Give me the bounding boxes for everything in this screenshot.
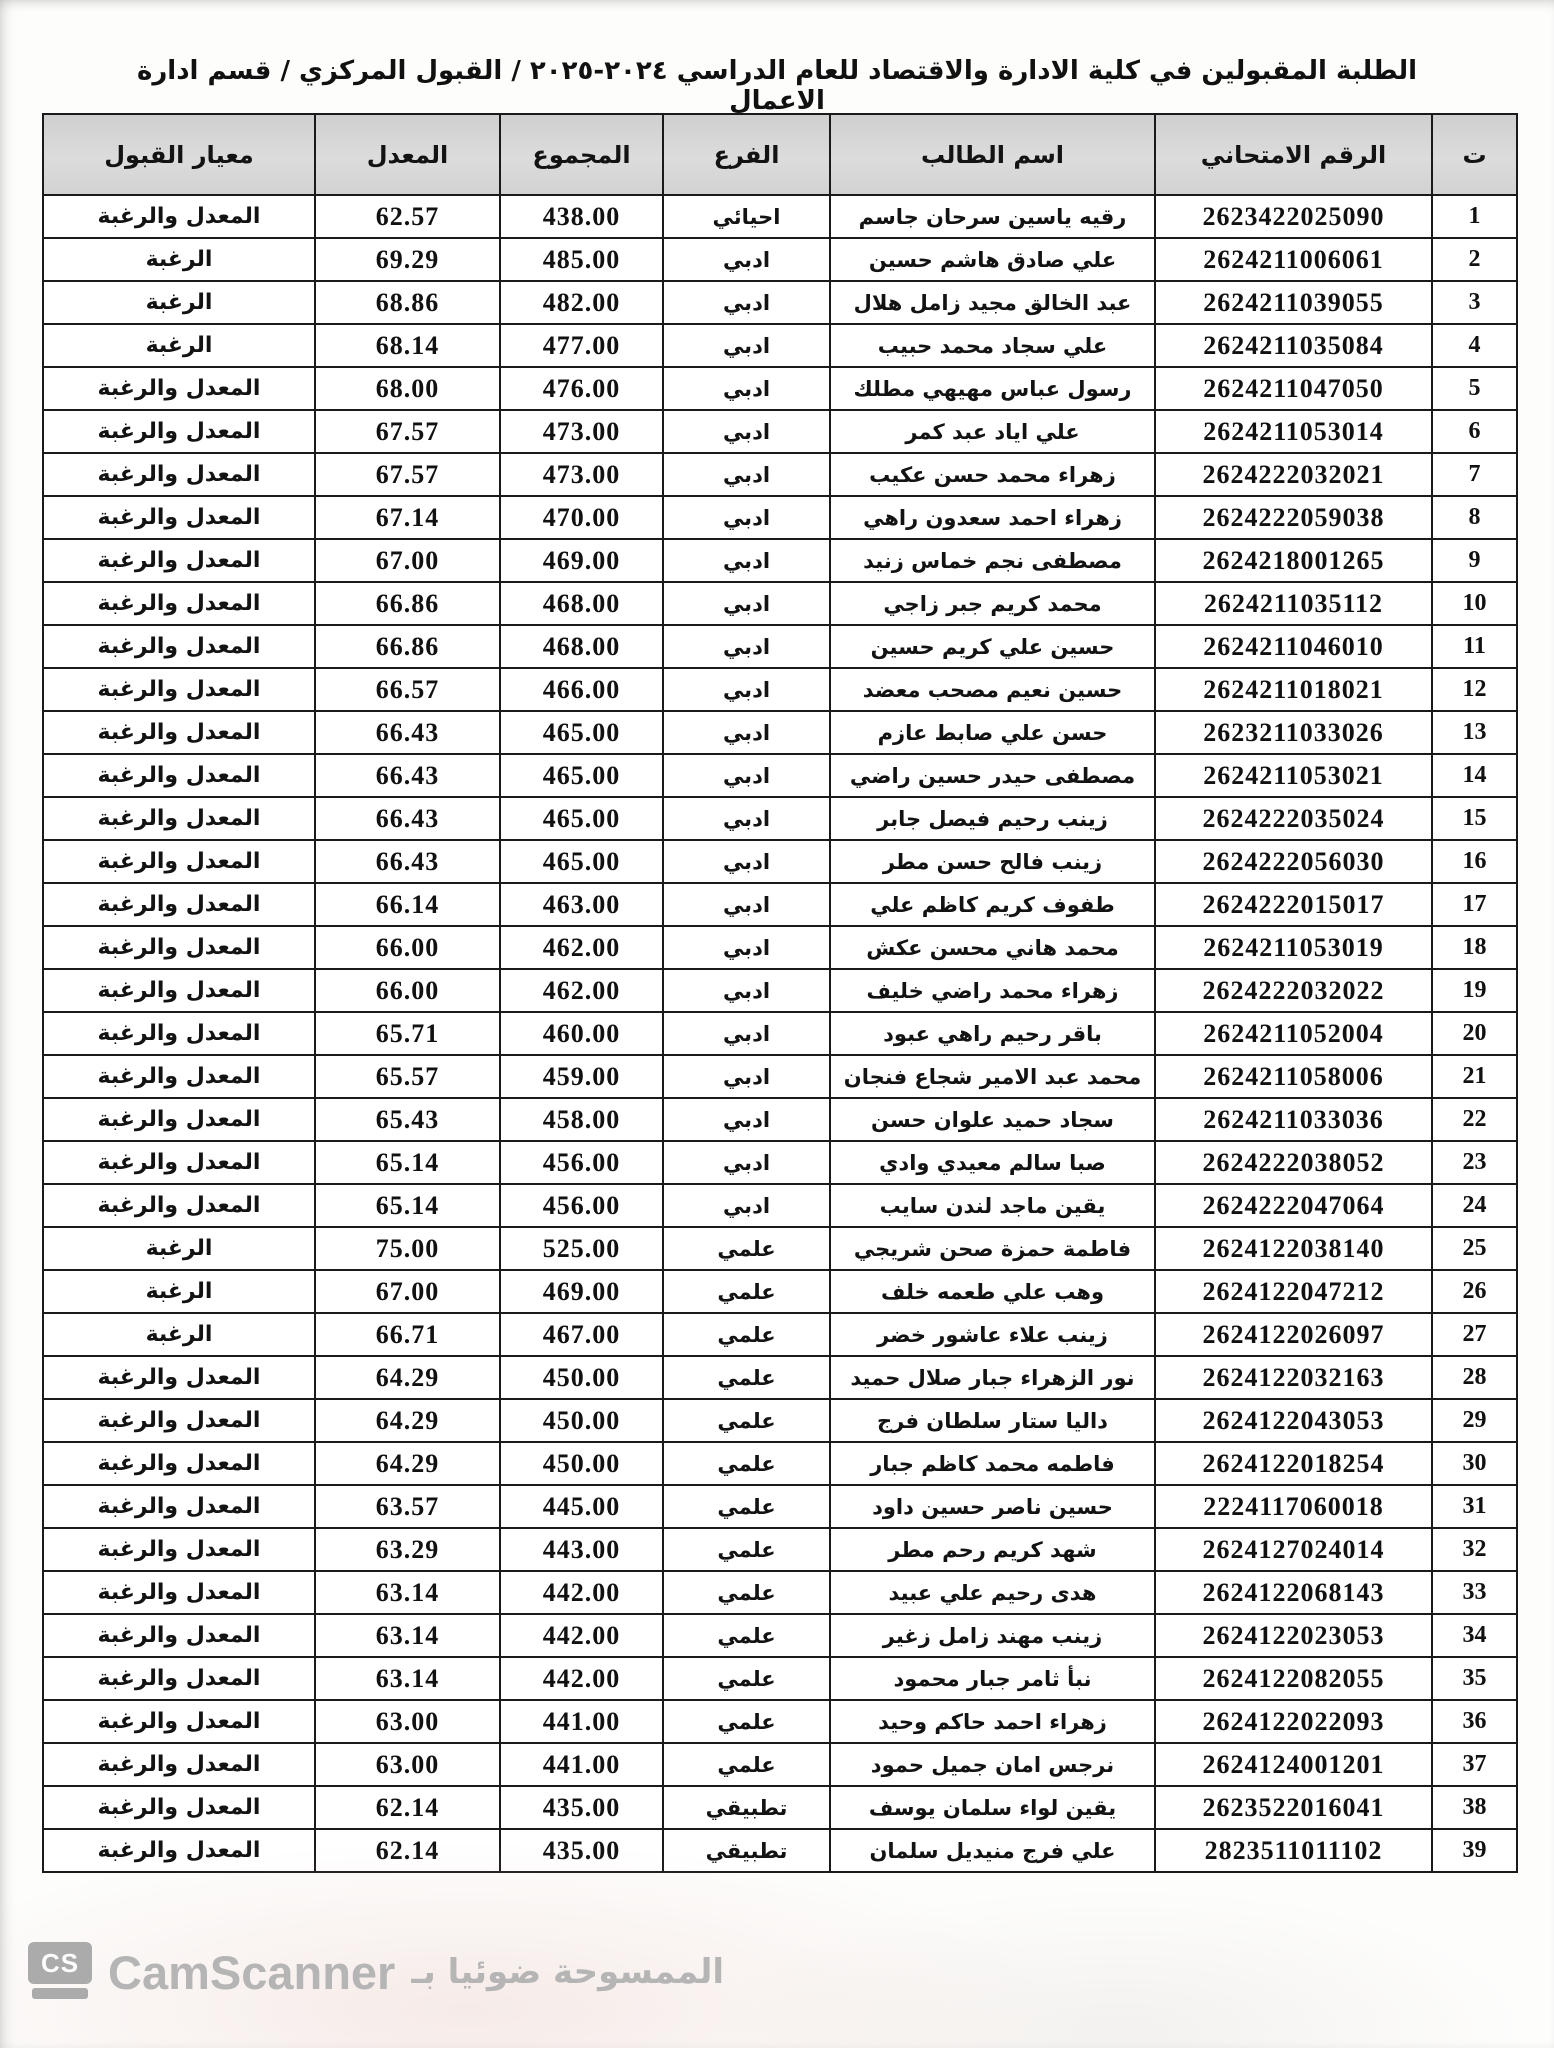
- cell-average: 64.29: [315, 1442, 500, 1485]
- cell-average: 68.86: [315, 281, 500, 324]
- cell-criterion: الرغبة: [43, 1227, 315, 1270]
- cell-average: 63.29: [315, 1528, 500, 1571]
- cell-total: 473.00: [500, 410, 663, 453]
- column-header-exam-no: الرقم الامتحاني: [1155, 114, 1432, 195]
- cell-criterion: المعدل والرغبة: [43, 797, 315, 840]
- cell-total: 465.00: [500, 840, 663, 883]
- table-row: 222624211033036سجاد حميد علوان حسنادبي45…: [43, 1098, 1517, 1141]
- cell-index: 5: [1432, 367, 1517, 410]
- table-row: 82624222059038زهراء احمد سعدون راهيادبي4…: [43, 496, 1517, 539]
- cell-exam-no: 2624222059038: [1155, 496, 1432, 539]
- cell-criterion: المعدل والرغبة: [43, 668, 315, 711]
- cell-average: 65.14: [315, 1141, 500, 1184]
- cell-name: زهراء محمد حسن عكيب: [830, 453, 1155, 496]
- cell-index: 38: [1432, 1786, 1517, 1829]
- cell-criterion: المعدل والرغبة: [43, 1356, 315, 1399]
- cell-total: 435.00: [500, 1829, 663, 1872]
- cell-exam-no: 2624122023053: [1155, 1614, 1432, 1657]
- cell-branch: علمي: [663, 1614, 830, 1657]
- cell-name: مصطفى حيدر حسين راضي: [830, 754, 1155, 797]
- cell-criterion: المعدل والرغبة: [43, 367, 315, 410]
- table-row: 132623211033026حسن علي صابط عازمادبي465.…: [43, 711, 1517, 754]
- cell-average: 63.00: [315, 1743, 500, 1786]
- cell-total: 445.00: [500, 1485, 663, 1528]
- cell-criterion: المعدل والرغبة: [43, 1571, 315, 1614]
- cell-branch: علمي: [663, 1485, 830, 1528]
- cell-name: حسن علي صابط عازم: [830, 711, 1155, 754]
- cell-average: 66.00: [315, 969, 500, 1012]
- cell-exam-no: 2624122026097: [1155, 1313, 1432, 1356]
- cell-branch: ادبي: [663, 1055, 830, 1098]
- cell-name: سجاد حميد علوان حسن: [830, 1098, 1155, 1141]
- cell-index: 3: [1432, 281, 1517, 324]
- cell-index: 9: [1432, 539, 1517, 582]
- cell-index: 8: [1432, 496, 1517, 539]
- cell-average: 66.57: [315, 668, 500, 711]
- table-row: 252624122038140فاطمة حمزة صحن شريجيعلمي5…: [43, 1227, 1517, 1270]
- table-row: 282624122032163نور الزهراء جبار صلال حمي…: [43, 1356, 1517, 1399]
- cell-average: 66.43: [315, 797, 500, 840]
- table-row: 302624122018254فاطمه محمد كاظم جبارعلمي4…: [43, 1442, 1517, 1485]
- cell-branch: علمي: [663, 1700, 830, 1743]
- cell-criterion: الرغبة: [43, 324, 315, 367]
- table-row: 352624122082055نبأ ثامر جبار محمودعلمي44…: [43, 1657, 1517, 1700]
- cell-name: نبأ ثامر جبار محمود: [830, 1657, 1155, 1700]
- cell-criterion: المعدل والرغبة: [43, 195, 315, 238]
- cell-branch: علمي: [663, 1528, 830, 1571]
- table-row: 372624124001201نرجس امان جميل حمودعلمي44…: [43, 1743, 1517, 1786]
- cell-total: 482.00: [500, 281, 663, 324]
- cell-index: 25: [1432, 1227, 1517, 1270]
- cell-criterion: الرغبة: [43, 281, 315, 324]
- cell-branch: تطبيقي: [663, 1786, 830, 1829]
- cell-criterion: المعدل والرغبة: [43, 1141, 315, 1184]
- cell-exam-no: 2624222047064: [1155, 1184, 1432, 1227]
- table-row: 22624211006061علي صادق هاشم حسينادبي485.…: [43, 238, 1517, 281]
- table-row: 212624211058006محمد عبد الامير شجاع فنجا…: [43, 1055, 1517, 1098]
- table-row: 142624211053021مصطفى حيدر حسين راضيادبي4…: [43, 754, 1517, 797]
- cell-average: 65.43: [315, 1098, 500, 1141]
- cell-exam-no: 2224117060018: [1155, 1485, 1432, 1528]
- page-title: الطلبة المقبولين في كلية الادارة والاقتص…: [90, 56, 1464, 116]
- cell-exam-no: 2624211058006: [1155, 1055, 1432, 1098]
- cell-total: 467.00: [500, 1313, 663, 1356]
- cell-average: 62.57: [315, 195, 500, 238]
- cell-index: 24: [1432, 1184, 1517, 1227]
- cell-total: 469.00: [500, 539, 663, 582]
- cell-average: 68.00: [315, 367, 500, 410]
- cell-exam-no: 2624122032163: [1155, 1356, 1432, 1399]
- table-row: 322624127024014شهد كريم رحم مطرعلمي443.0…: [43, 1528, 1517, 1571]
- cell-criterion: المعدل والرغبة: [43, 539, 315, 582]
- cell-total: 525.00: [500, 1227, 663, 1270]
- cell-branch: ادبي: [663, 1141, 830, 1184]
- cell-index: 33: [1432, 1571, 1517, 1614]
- cell-name: يقين ماجد لندن سايب: [830, 1184, 1155, 1227]
- cell-index: 6: [1432, 410, 1517, 453]
- table-row: 242624222047064يقين ماجد لندن سايبادبي45…: [43, 1184, 1517, 1227]
- cell-exam-no: 2624127024014: [1155, 1528, 1432, 1571]
- cell-index: 37: [1432, 1743, 1517, 1786]
- cell-average: 66.86: [315, 582, 500, 625]
- table-row: 362624122022093زهراء احمد حاكم وحيدعلمي4…: [43, 1700, 1517, 1743]
- cell-exam-no: 2624218001265: [1155, 539, 1432, 582]
- cell-exam-no: 2624211052004: [1155, 1012, 1432, 1055]
- cell-name: فاطمه محمد كاظم جبار: [830, 1442, 1155, 1485]
- cell-name: علي صادق هاشم حسين: [830, 238, 1155, 281]
- cell-criterion: المعدل والرغبة: [43, 410, 315, 453]
- cell-total: 462.00: [500, 969, 663, 1012]
- camscanner-brand-text: CamScanner: [108, 1945, 395, 2000]
- cell-branch: علمي: [663, 1571, 830, 1614]
- cell-branch: ادبي: [663, 496, 830, 539]
- cell-index: 23: [1432, 1141, 1517, 1184]
- cell-branch: ادبي: [663, 1098, 830, 1141]
- cell-branch: ادبي: [663, 582, 830, 625]
- cell-name: علي اياد عبد كمر: [830, 410, 1155, 453]
- cell-branch: علمي: [663, 1442, 830, 1485]
- cell-name: هدى رحيم علي عبيد: [830, 1571, 1155, 1614]
- cell-average: 66.43: [315, 711, 500, 754]
- cell-criterion: المعدل والرغبة: [43, 1786, 315, 1829]
- cell-average: 66.00: [315, 926, 500, 969]
- cell-total: 477.00: [500, 324, 663, 367]
- cell-exam-no: 2624222032021: [1155, 453, 1432, 496]
- cell-total: 468.00: [500, 625, 663, 668]
- cell-exam-no: 2623422025090: [1155, 195, 1432, 238]
- column-header-branch: الفرع: [663, 114, 830, 195]
- table-row: 342624122023053زينب مهند زامل زغيرعلمي44…: [43, 1614, 1517, 1657]
- cell-exam-no: 2624122038140: [1155, 1227, 1432, 1270]
- cell-total: 456.00: [500, 1141, 663, 1184]
- cell-exam-no: 2624122082055: [1155, 1657, 1432, 1700]
- table-row: 292624122043053داليا ستار سلطان فرجعلمي4…: [43, 1399, 1517, 1442]
- cell-branch: علمي: [663, 1313, 830, 1356]
- cell-total: 476.00: [500, 367, 663, 410]
- cell-average: 64.29: [315, 1356, 500, 1399]
- cell-average: 64.29: [315, 1399, 500, 1442]
- cell-index: 28: [1432, 1356, 1517, 1399]
- table-row: 62624211053014علي اياد عبد كمرادبي473.00…: [43, 410, 1517, 453]
- cell-criterion: المعدل والرغبة: [43, 582, 315, 625]
- cell-name: محمد هاني محسن عكش: [830, 926, 1155, 969]
- cell-average: 66.43: [315, 754, 500, 797]
- cell-branch: علمي: [663, 1270, 830, 1313]
- cell-branch: ادبي: [663, 1012, 830, 1055]
- cell-branch: ادبي: [663, 883, 830, 926]
- cell-exam-no: 2624211053019: [1155, 926, 1432, 969]
- cell-index: 31: [1432, 1485, 1517, 1528]
- cell-branch: ادبي: [663, 410, 830, 453]
- cell-name: نرجس امان جميل حمود: [830, 1743, 1155, 1786]
- cell-criterion: المعدل والرغبة: [43, 1700, 315, 1743]
- column-header-name: اسم الطالب: [830, 114, 1155, 195]
- cell-average: 63.14: [315, 1571, 500, 1614]
- cell-branch: علمي: [663, 1657, 830, 1700]
- cell-average: 63.00: [315, 1700, 500, 1743]
- cell-average: 65.57: [315, 1055, 500, 1098]
- cell-index: 29: [1432, 1399, 1517, 1442]
- cell-exam-no: 2624122047212: [1155, 1270, 1432, 1313]
- cell-average: 68.14: [315, 324, 500, 367]
- cell-exam-no: 2624211039055: [1155, 281, 1432, 324]
- column-header-criterion: معيار القبول: [43, 114, 315, 195]
- cell-index: 2: [1432, 238, 1517, 281]
- cell-name: زهراء محمد راضي خليف: [830, 969, 1155, 1012]
- cell-exam-no: 2623211033026: [1155, 711, 1432, 754]
- cell-average: 65.14: [315, 1184, 500, 1227]
- cell-average: 66.43: [315, 840, 500, 883]
- cell-exam-no: 2624211046010: [1155, 625, 1432, 668]
- cell-branch: ادبي: [663, 840, 830, 883]
- cell-index: 15: [1432, 797, 1517, 840]
- cell-branch: ادبي: [663, 797, 830, 840]
- cell-index: 13: [1432, 711, 1517, 754]
- cell-criterion: المعدل والرغبة: [43, 1442, 315, 1485]
- cell-index: 17: [1432, 883, 1517, 926]
- cell-criterion: المعدل والرغبة: [43, 1829, 315, 1872]
- table-row: 262624122047212وهب علي طعمه خلفعلمي469.0…: [43, 1270, 1517, 1313]
- cell-criterion: المعدل والرغبة: [43, 1614, 315, 1657]
- cell-index: 34: [1432, 1614, 1517, 1657]
- cell-index: 39: [1432, 1829, 1517, 1872]
- cell-criterion: الرغبة: [43, 238, 315, 281]
- cell-total: 465.00: [500, 711, 663, 754]
- cell-criterion: المعدل والرغبة: [43, 1399, 315, 1442]
- cell-name: عبد الخالق مجيد زامل هلال: [830, 281, 1155, 324]
- cell-name: يقين لواء سلمان يوسف: [830, 1786, 1155, 1829]
- cell-total: 450.00: [500, 1442, 663, 1485]
- cell-name: شهد كريم رحم مطر: [830, 1528, 1155, 1571]
- cell-total: 442.00: [500, 1571, 663, 1614]
- cell-branch: ادبي: [663, 453, 830, 496]
- cell-exam-no: 2624211006061: [1155, 238, 1432, 281]
- cell-total: 450.00: [500, 1399, 663, 1442]
- column-header-index: ت: [1432, 114, 1517, 195]
- cell-average: 67.00: [315, 1270, 500, 1313]
- cell-criterion: المعدل والرغبة: [43, 969, 315, 1012]
- cell-index: 26: [1432, 1270, 1517, 1313]
- cell-average: 67.57: [315, 453, 500, 496]
- cell-exam-no: 2624222032022: [1155, 969, 1432, 1012]
- camscanner-logo-cs-text: CS: [28, 1942, 92, 1984]
- cell-index: 21: [1432, 1055, 1517, 1098]
- cell-name: وهب علي طعمه خلف: [830, 1270, 1155, 1313]
- cell-name: باقر رحيم راهي عبود: [830, 1012, 1155, 1055]
- cell-total: 462.00: [500, 926, 663, 969]
- cell-criterion: المعدل والرغبة: [43, 1485, 315, 1528]
- cell-branch: ادبي: [663, 1184, 830, 1227]
- table-row: 92624218001265مصطفى نجم خماس زنيدادبي469…: [43, 539, 1517, 582]
- cell-exam-no: 2624222035024: [1155, 797, 1432, 840]
- cell-index: 1: [1432, 195, 1517, 238]
- cell-branch: علمي: [663, 1356, 830, 1399]
- cell-index: 14: [1432, 754, 1517, 797]
- cell-exam-no: 2624122022093: [1155, 1700, 1432, 1743]
- cell-exam-no: 2624122043053: [1155, 1399, 1432, 1442]
- cell-name: زهراء احمد سعدون راهي: [830, 496, 1155, 539]
- cell-criterion: الرغبة: [43, 1270, 315, 1313]
- cell-index: 18: [1432, 926, 1517, 969]
- table-row: 112624211046010حسين علي كريم حسينادبي468…: [43, 625, 1517, 668]
- cell-exam-no: 2624222038052: [1155, 1141, 1432, 1184]
- cell-branch: ادبي: [663, 625, 830, 668]
- cell-total: 442.00: [500, 1657, 663, 1700]
- accepted-students-table: ت الرقم الامتحاني اسم الطالب الفرع المجم…: [42, 113, 1518, 1873]
- cell-branch: ادبي: [663, 367, 830, 410]
- cell-criterion: المعدل والرغبة: [43, 711, 315, 754]
- cell-average: 62.14: [315, 1829, 500, 1872]
- cell-exam-no: 2623522016041: [1155, 1786, 1432, 1829]
- cell-criterion: المعدل والرغبة: [43, 1012, 315, 1055]
- cell-average: 69.29: [315, 238, 500, 281]
- cell-index: 10: [1432, 582, 1517, 625]
- cell-exam-no: 2624122018254: [1155, 1442, 1432, 1485]
- cell-criterion: المعدل والرغبة: [43, 1098, 315, 1141]
- cell-branch: علمي: [663, 1743, 830, 1786]
- cell-name: زينب علاء عاشور خضر: [830, 1313, 1155, 1356]
- cell-average: 67.00: [315, 539, 500, 582]
- cell-branch: احيائي: [663, 195, 830, 238]
- table-row: 332624122068143هدى رحيم علي عبيدعلمي442.…: [43, 1571, 1517, 1614]
- cell-name: حسين علي كريم حسين: [830, 625, 1155, 668]
- cell-total: 441.00: [500, 1743, 663, 1786]
- table-row: 232624222038052صبا سالم معيدي واديادبي45…: [43, 1141, 1517, 1184]
- cell-name: طفوف كريم كاظم علي: [830, 883, 1155, 926]
- cell-total: 456.00: [500, 1184, 663, 1227]
- table-row: 52624211047050رسول عباس مهيهي مطلكادبي47…: [43, 367, 1517, 410]
- cell-total: 442.00: [500, 1614, 663, 1657]
- table-row: 162624222056030زينب فالح حسن مطرادبي465.…: [43, 840, 1517, 883]
- table-row: 152624222035024زينب رحيم فيصل جابرادبي46…: [43, 797, 1517, 840]
- table-row: 272624122026097زينب علاء عاشور خضرعلمي46…: [43, 1313, 1517, 1356]
- cell-criterion: المعدل والرغبة: [43, 1184, 315, 1227]
- column-header-average: المعدل: [315, 114, 500, 195]
- table-row: 382623522016041يقين لواء سلمان يوسفتطبيق…: [43, 1786, 1517, 1829]
- table-row: 202624211052004باقر رحيم راهي عبودادبي46…: [43, 1012, 1517, 1055]
- table-row: 182624211053019محمد هاني محسن عكشادبي462…: [43, 926, 1517, 969]
- cell-total: 460.00: [500, 1012, 663, 1055]
- cell-exam-no: 2624122068143: [1155, 1571, 1432, 1614]
- camscanner-logo-icon: CS: [28, 1942, 92, 2002]
- cell-index: 22: [1432, 1098, 1517, 1141]
- cell-exam-no: 2624222015017: [1155, 883, 1432, 926]
- cell-name: نور الزهراء جبار صلال حميد: [830, 1356, 1155, 1399]
- cell-total: 450.00: [500, 1356, 663, 1399]
- cell-total: 468.00: [500, 582, 663, 625]
- table-row: 122624211018021حسين نعيم مصحب معضدادبي46…: [43, 668, 1517, 711]
- cell-index: 27: [1432, 1313, 1517, 1356]
- cell-criterion: المعدل والرغبة: [43, 754, 315, 797]
- cell-name: صبا سالم معيدي وادي: [830, 1141, 1155, 1184]
- cell-index: 7: [1432, 453, 1517, 496]
- cell-name: داليا ستار سلطان فرج: [830, 1399, 1155, 1442]
- cell-total: 473.00: [500, 453, 663, 496]
- cell-average: 66.86: [315, 625, 500, 668]
- cell-branch: تطبيقي: [663, 1829, 830, 1872]
- cell-name: رسول عباس مهيهي مطلك: [830, 367, 1155, 410]
- cell-index: 35: [1432, 1657, 1517, 1700]
- cell-criterion: المعدل والرغبة: [43, 1055, 315, 1098]
- cell-index: 16: [1432, 840, 1517, 883]
- cell-index: 32: [1432, 1528, 1517, 1571]
- cell-criterion: المعدل والرغبة: [43, 883, 315, 926]
- cell-branch: ادبي: [663, 926, 830, 969]
- cell-total: 458.00: [500, 1098, 663, 1141]
- camscanner-logo-bar: [32, 1988, 88, 1999]
- table-row: 12623422025090رقيه ياسين سرحان جاسماحيائ…: [43, 195, 1517, 238]
- cell-total: 441.00: [500, 1700, 663, 1743]
- cell-branch: علمي: [663, 1227, 830, 1270]
- cell-criterion: المعدل والرغبة: [43, 926, 315, 969]
- cell-name: زينب مهند زامل زغير: [830, 1614, 1155, 1657]
- cell-name: مصطفى نجم خماس زنيد: [830, 539, 1155, 582]
- cell-branch: ادبي: [663, 969, 830, 1012]
- cell-total: 443.00: [500, 1528, 663, 1571]
- table-row: 192624222032022زهراء محمد راضي خليفادبي4…: [43, 969, 1517, 1012]
- cell-index: 12: [1432, 668, 1517, 711]
- cell-exam-no: 2624211053021: [1155, 754, 1432, 797]
- cell-branch: ادبي: [663, 238, 830, 281]
- column-header-total: المجموع: [500, 114, 663, 195]
- cell-index: 11: [1432, 625, 1517, 668]
- scanned-page: الطلبة المقبولين في كلية الادارة والاقتص…: [0, 0, 1554, 2048]
- cell-average: 75.00: [315, 1227, 500, 1270]
- cell-average: 63.57: [315, 1485, 500, 1528]
- cell-name: علي سجاد محمد حبيب: [830, 324, 1155, 367]
- table-row: 172624222015017طفوف كريم كاظم عليادبي463…: [43, 883, 1517, 926]
- cell-index: 4: [1432, 324, 1517, 367]
- cell-total: 469.00: [500, 1270, 663, 1313]
- cell-index: 19: [1432, 969, 1517, 1012]
- cell-criterion: المعدل والرغبة: [43, 1743, 315, 1786]
- cell-total: 465.00: [500, 754, 663, 797]
- cell-total: 459.00: [500, 1055, 663, 1098]
- table-body: 12623422025090رقيه ياسين سرحان جاسماحيائ…: [43, 195, 1517, 1872]
- cell-average: 67.57: [315, 410, 500, 453]
- cell-name: فاطمة حمزة صحن شريجي: [830, 1227, 1155, 1270]
- cell-name: رقيه ياسين سرحان جاسم: [830, 195, 1155, 238]
- cell-criterion: المعدل والرغبة: [43, 840, 315, 883]
- cell-total: 470.00: [500, 496, 663, 539]
- cell-name: زينب رحيم فيصل جابر: [830, 797, 1155, 840]
- cell-total: 485.00: [500, 238, 663, 281]
- table-row: 32624211039055عبد الخالق مجيد زامل هلالا…: [43, 281, 1517, 324]
- cell-exam-no: 2624211035084: [1155, 324, 1432, 367]
- cell-branch: ادبي: [663, 281, 830, 324]
- cell-average: 62.14: [315, 1786, 500, 1829]
- cell-total: 438.00: [500, 195, 663, 238]
- cell-exam-no: 2624211035112: [1155, 582, 1432, 625]
- cell-exam-no: 2624211018021: [1155, 668, 1432, 711]
- cell-name: علي فرج منيديل سلمان: [830, 1829, 1155, 1872]
- cell-criterion: المعدل والرغبة: [43, 625, 315, 668]
- cell-criterion: الرغبة: [43, 1313, 315, 1356]
- cell-criterion: المعدل والرغبة: [43, 496, 315, 539]
- table-row: 42624211035084علي سجاد محمد حبيبادبي477.…: [43, 324, 1517, 367]
- cell-name: زينب فالح حسن مطر: [830, 840, 1155, 883]
- cell-branch: ادبي: [663, 539, 830, 582]
- cell-name: زهراء احمد حاكم وحيد: [830, 1700, 1155, 1743]
- cell-branch: ادبي: [663, 324, 830, 367]
- cell-total: 466.00: [500, 668, 663, 711]
- cell-criterion: المعدل والرغبة: [43, 453, 315, 496]
- cell-exam-no: 2624211033036: [1155, 1098, 1432, 1141]
- cell-average: 63.14: [315, 1614, 500, 1657]
- cell-average: 65.71: [315, 1012, 500, 1055]
- cell-name: محمد كريم جبر زاجي: [830, 582, 1155, 625]
- table-row: 392823511011102علي فرج منيديل سلمانتطبيق…: [43, 1829, 1517, 1872]
